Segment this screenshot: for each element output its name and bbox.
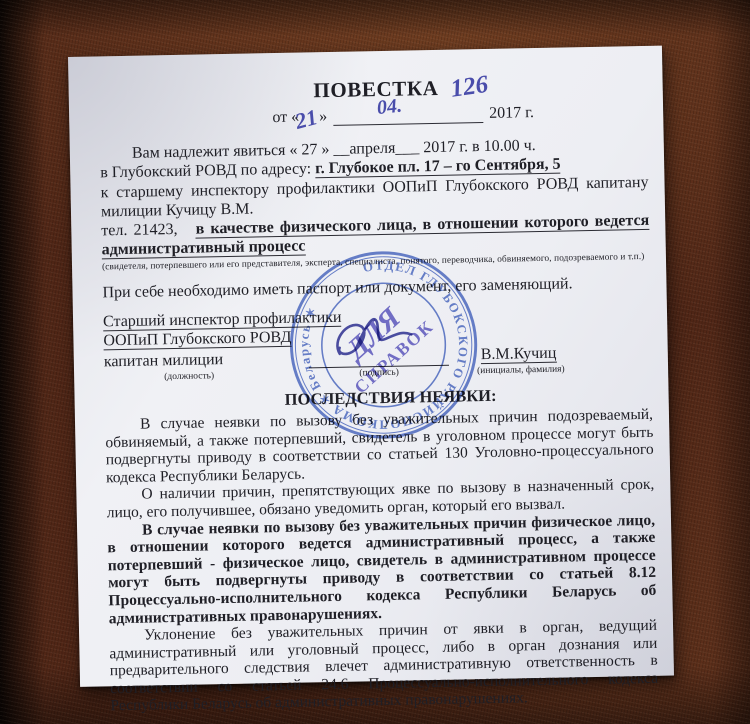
handwritten-day: 21 [294,110,319,129]
address-prefix: в Глубокский РОВД по адресу: [100,161,315,182]
signature-label: (подпись) [309,365,449,380]
handwritten-month: 04. [376,97,403,119]
position-label: (должность) [104,369,274,384]
signature-line [309,344,449,368]
consequences-paragraph-1: В случае неявки по вызову без уважительн… [105,406,654,487]
consequences-paragraph-4: Уклонение без уважительных причин от явк… [109,617,659,715]
date-close-quote: » [319,107,327,126]
summons-body: Вам надлежит явиться « 27 » __апреля___ … [100,134,651,303]
date-blank-line: 04. [333,104,483,126]
signature-block: Старший инспектор профилактики ООПиП Глу… [103,302,652,384]
phone-value: тел. 21423, [101,221,196,240]
name-label: (инициалы, фамилия) [459,362,652,378]
fabric-background: ПОВЕСТКА 126 от « 21 » 04. 2017 г. Вам н… [0,0,750,724]
position-text-2: ООПиП Глубокского РОВД [103,329,291,351]
summons-document-paper: ПОВЕСТКА 126 от « 21 » 04. 2017 г. Вам н… [68,46,674,687]
date-year: 2017 г. [489,103,534,123]
consequences-section: ПОСЛЕДСТВИЯ НЕЯВКИ: В случае неявки по в… [104,383,658,716]
consequences-paragraph-3: В случае неявки по вызову без уважительн… [107,511,657,627]
document-content: ПОВЕСТКА 126 от « 21 » 04. 2017 г. Вам н… [68,46,674,687]
role-underlined-2: административный процесс [102,238,306,260]
rank-text: капитан милиции [104,349,309,372]
bring-documents-note: При себе необходимо иметь паспорт или до… [102,273,650,303]
officer-name-text: В.М.Кучиц [481,345,557,364]
